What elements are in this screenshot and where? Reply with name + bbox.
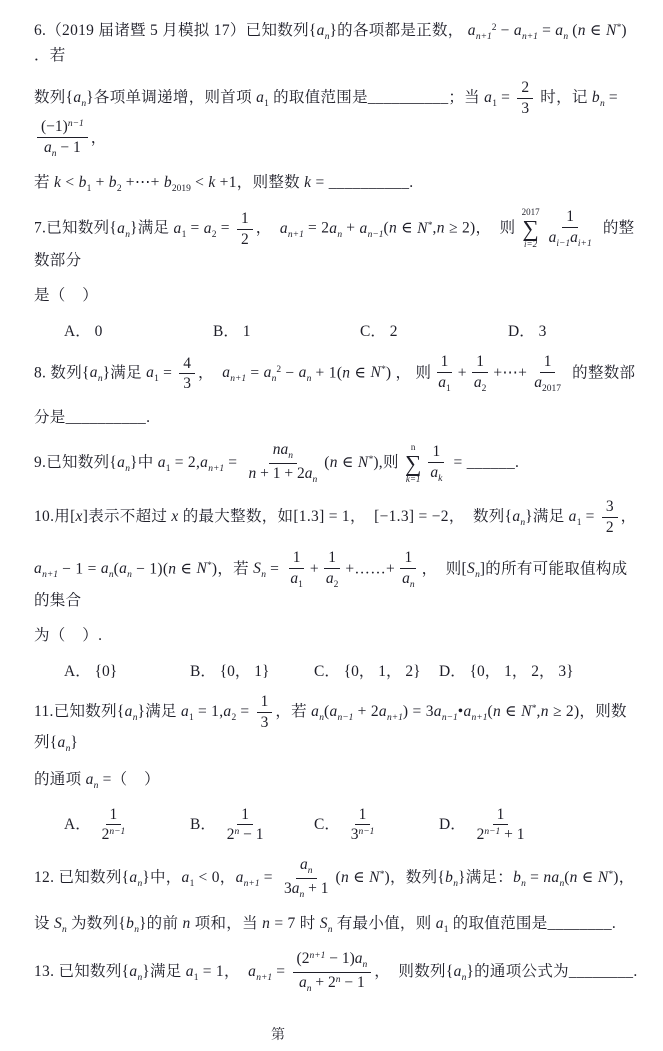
text-run: =: [260, 869, 277, 886]
text-run: ∈: [397, 220, 417, 237]
text-run: 时，记: [536, 89, 592, 106]
text-run: − 1: [239, 826, 263, 843]
text-run: 1: [243, 323, 251, 340]
math-var: an: [44, 139, 57, 156]
text-run: 的通项: [34, 771, 86, 788]
text-run: 12. 已知数列{: [34, 869, 129, 886]
math-var: an: [117, 454, 130, 471]
math-power: 2n: [227, 826, 240, 843]
text-run: =: [311, 174, 328, 191]
math-var: an: [311, 703, 324, 720]
math-var: n: [341, 869, 349, 886]
math-var: an: [555, 22, 568, 39]
math-var: n: [493, 703, 501, 720]
text-run: − 1: [57, 139, 81, 156]
option-label: A．: [64, 323, 95, 340]
text-run: 8. 数列{: [34, 364, 90, 381]
math-var: an+1: [222, 364, 246, 381]
option-A: A． {0}: [64, 659, 190, 681]
text-run: = 2: [304, 220, 329, 237]
text-run: }的各项都是正数，: [329, 22, 467, 39]
text-run: 1: [328, 549, 336, 566]
option-label: C．: [314, 815, 344, 832]
option-label: D．: [508, 323, 539, 340]
math-power: 2n: [328, 974, 341, 991]
text-run: }满足: [142, 963, 186, 980]
math-var: a1: [174, 220, 187, 237]
problem-6: 6.（2019 届诸暨 5 月模拟 17）已知数列{an}的各项都是正数， an…: [34, 20, 639, 196]
math-var: n: [389, 220, 397, 237]
answer-blank: __________: [66, 409, 147, 426]
text-run: }的通项公式为: [466, 963, 569, 980]
math-var: an: [73, 89, 86, 106]
math-var: an: [454, 963, 467, 980]
math-fraction: (−1)n−1an − 1: [37, 118, 88, 160]
options-row: A． {0}B． {0， 1}C． {0， 1， 2}D． {0， 1， 2， …: [34, 659, 639, 681]
math-var: a2: [223, 703, 236, 720]
text-run: 的取值范围是: [449, 915, 548, 932]
text-run: 1: [432, 443, 440, 460]
option-A: A． 0: [64, 319, 213, 341]
text-run: 1: [110, 806, 118, 823]
math-var: Sn: [54, 915, 67, 932]
text-run: }中，: [142, 869, 181, 886]
math-fraction: 1a1: [434, 353, 455, 395]
text-run: +: [312, 974, 329, 991]
text-run: ) ， 则: [386, 364, 431, 381]
problem-line: 是（ ）: [34, 285, 639, 307]
text-run: < 0，: [194, 869, 235, 886]
text-run: 有最小值，则: [333, 915, 436, 932]
math-power: N*: [196, 560, 211, 577]
text-run: }满足：: [458, 869, 513, 886]
text-run: <: [191, 174, 208, 191]
option-B: B． 12n − 1: [190, 806, 314, 845]
text-run: +……+: [345, 560, 395, 577]
math-var: an: [117, 220, 130, 237]
math-var: n: [570, 869, 578, 886]
math-fraction: 12n−1: [98, 806, 130, 845]
math-var: an: [300, 856, 313, 873]
text-run: )，: [613, 869, 634, 886]
text-run: = 1,: [194, 703, 224, 720]
math-var: b2: [109, 174, 122, 191]
text-run: 1: [241, 806, 249, 823]
text-run: 3: [284, 880, 292, 897]
math-fraction: 1a2: [470, 353, 491, 395]
text-run: + 1: [500, 826, 524, 843]
text-run: =: [236, 703, 253, 720]
text-run: =: [272, 963, 289, 980]
text-run: +1，则整数: [216, 174, 305, 191]
text-run: + 1 + 2: [256, 465, 304, 482]
math-var: an: [305, 465, 318, 482]
text-run: + 2: [353, 703, 378, 720]
page-footer: 第: [271, 1024, 285, 1044]
problem-10: 10.用[x]表示不超过 x 的最大整数，如[1.3] = 1， [−1.3] …: [34, 498, 639, 681]
math-var: n: [578, 22, 586, 39]
text-run: 1: [497, 806, 505, 823]
math-var: an+12: [468, 22, 497, 39]
text-run: ∈: [501, 703, 521, 720]
answer-blank: __________: [368, 89, 449, 106]
option-C: C． {0， 1， 2}: [314, 659, 439, 681]
text-run: 1: [261, 693, 269, 710]
text-run: −: [497, 22, 514, 39]
text-run: 10.用[: [34, 508, 76, 525]
option-label: A．: [64, 663, 95, 680]
problem-7: 7.已知数列{an}满足 a1 = a2 = 12， an+1 = 2an + …: [34, 208, 639, 341]
math-var: n: [182, 915, 190, 932]
text-run: = 7 时: [270, 915, 320, 932]
text-run: {0， 1， 2}: [344, 663, 421, 680]
text-run: 1: [566, 208, 574, 225]
problem-line: 数列{an}各项单调递增，则首项 a1 的取值范围是__________；当 a…: [34, 79, 639, 159]
math-power: N*: [606, 22, 621, 39]
math-var: bn: [592, 89, 605, 106]
math-fraction: 23: [517, 79, 533, 118]
problem-12: 12. 已知数列{an}中，a1 < 0，an+1 = an3an + 1(n …: [34, 856, 639, 938]
option-label: C．: [360, 323, 390, 340]
math-var: a1: [186, 963, 199, 980]
option-label: B．: [213, 323, 243, 340]
math-var: an: [299, 974, 312, 991]
math-fraction: 12n − 1: [223, 806, 268, 845]
text-run: 6.（2019 届诸暨 5 月模拟 17）已知数列{: [34, 22, 317, 39]
math-var: an: [329, 220, 342, 237]
text-run: ∈: [349, 869, 369, 886]
text-run: ；当: [448, 89, 484, 106]
problem-13: 13. 已知数列{an}满足 a1 = 1， an+1 = (2n+1 − 1)…: [34, 950, 639, 995]
text-run: 分是: [34, 409, 66, 426]
text-run: ) = 3: [403, 703, 434, 720]
math-var: n: [541, 703, 549, 720]
math-var: an+1: [200, 454, 224, 471]
text-run: + 1: [304, 880, 328, 897]
option-label: B．: [190, 663, 220, 680]
text-run: ，若: [275, 703, 311, 720]
math-power: 3n−1: [351, 826, 375, 843]
math-var: a1: [256, 89, 269, 106]
math-var: Sn: [253, 560, 266, 577]
text-run: =: [266, 560, 283, 577]
text-run: )，数列{: [385, 869, 446, 886]
text-run: 项和，当: [191, 915, 263, 932]
math-var: a2: [326, 570, 339, 587]
text-run: 2: [390, 323, 398, 340]
math-var: an+1: [280, 220, 304, 237]
text-run: ∈: [176, 560, 196, 577]
text-run: }的前: [139, 915, 183, 932]
math-var: an−1: [360, 220, 384, 237]
math-var: an−1: [329, 703, 353, 720]
text-run: 1: [476, 353, 484, 370]
math-power: (−1)n−1: [41, 118, 84, 135]
text-run: ),则: [373, 454, 403, 471]
text-run: .: [633, 963, 637, 980]
text-run: − 1): [325, 950, 354, 967]
text-run: }满足: [130, 220, 174, 237]
text-run: = 1，: [199, 963, 249, 980]
text-run: 的最大整数，如[1.3] = 1， [−1.3] = −2， 数列{: [179, 508, 513, 525]
text-run: 若: [34, 174, 54, 191]
text-run: ，: [621, 508, 637, 525]
text-run: <: [61, 174, 78, 191]
text-run: }满足: [137, 703, 181, 720]
text-run: 1: [359, 806, 367, 823]
text-run: .: [612, 915, 616, 932]
math-power: N*: [598, 869, 613, 886]
worksheet-page: 6.（2019 届诸暨 5 月模拟 17）已知数列{an}的各项都是正数， an…: [0, 0, 663, 995]
text-run: ，: [198, 364, 222, 381]
math-var: n: [262, 915, 270, 932]
text-run: − 1)(: [132, 560, 168, 577]
text-run: =: [581, 508, 598, 525]
text-run: .: [515, 454, 519, 471]
text-run: +⋯+: [493, 364, 527, 381]
math-var: an: [125, 703, 138, 720]
problem-line: 10.用[x]表示不超过 x 的最大整数，如[1.3] = 1， [−1.3] …: [34, 498, 639, 537]
math-fraction: 1a1: [286, 549, 307, 591]
math-var: n: [330, 454, 338, 471]
math-fraction: (2n+1 − 1)anan + 2n − 1: [293, 950, 372, 995]
option-label: A．: [64, 815, 95, 832]
option-C: C． 13n−1: [314, 806, 439, 845]
text-run: ∈: [586, 22, 606, 39]
answer-blank: __________: [329, 174, 410, 191]
math-summation: n∑k=1: [405, 443, 421, 485]
math-fraction: an3an + 1: [280, 856, 333, 901]
text-run: 的整数部: [568, 364, 635, 381]
text-run: 13. 已知数列{: [34, 963, 129, 980]
math-var: an: [58, 734, 71, 751]
math-fraction: 43: [179, 355, 195, 394]
text-run: 0: [95, 323, 103, 340]
math-var: a1: [146, 364, 159, 381]
math-var: a1: [438, 374, 451, 391]
math-power: 2n−1: [477, 826, 501, 843]
text-run: =（ ）: [98, 771, 160, 788]
text-run: 为（ ）.: [34, 627, 102, 644]
math-var: Sn: [320, 915, 333, 932]
problem-line: 12. 已知数列{an}中，a1 < 0，an+1 = an3an + 1(n …: [34, 856, 639, 901]
math-summation: 2017∑i=2: [522, 208, 540, 250]
text-run: }满足: [103, 364, 147, 381]
option-label: C．: [314, 663, 344, 680]
math-power: N*: [370, 364, 385, 381]
text-run: =: [224, 454, 241, 471]
math-var: an2: [264, 364, 282, 381]
text-run: −: [281, 364, 298, 381]
text-run: ∈: [338, 454, 358, 471]
text-run: 数列{: [34, 89, 73, 106]
text-run: ≥ 2)， 则: [445, 220, 520, 237]
math-var: x: [76, 508, 83, 525]
math-fraction: 12: [237, 210, 253, 249]
option-label: D．: [439, 815, 470, 832]
problem-11: 11.已知数列{an}满足 a1 = 1,a2 = 13，若 an(an−1 +…: [34, 693, 639, 844]
options-row: A． 0B． 1C． 2D． 3: [34, 319, 639, 341]
answer-blank: ________: [548, 915, 612, 932]
math-fraction: 1a2: [322, 549, 343, 591]
math-var: an+1: [236, 869, 260, 886]
math-var: an: [129, 963, 142, 980]
math-var: an: [292, 880, 305, 897]
math-var: an+1: [248, 963, 272, 980]
problem-list: 6.（2019 届诸暨 5 月模拟 17）已知数列{an}的各项都是正数， an…: [34, 20, 639, 995]
text-run: 3: [606, 498, 614, 515]
option-label: B．: [190, 815, 220, 832]
math-fraction: 13: [257, 693, 273, 732]
answer-blank: ________: [569, 963, 633, 980]
text-run: 7.已知数列{: [34, 220, 117, 237]
text-run: 3: [521, 100, 529, 117]
text-run: 1: [544, 353, 552, 370]
text-run: 4: [183, 355, 191, 372]
problem-line: 11.已知数列{an}满足 a1 = 1,a2 = 13，若 an(an−1 +…: [34, 693, 639, 756]
math-var: an: [317, 22, 330, 39]
math-power: 2n−1: [102, 826, 126, 843]
math-var: an+1: [463, 703, 487, 720]
math-var: bn: [445, 869, 458, 886]
problem-line: 的通项 an =（ ）: [34, 769, 639, 794]
option-label: D．: [439, 663, 470, 680]
text-run: +: [310, 560, 319, 577]
math-fraction: 1a2017: [530, 353, 565, 395]
text-run: (: [568, 22, 578, 39]
text-run: {0， 1}: [220, 663, 270, 680]
text-run: ∈: [350, 364, 370, 381]
answer-blank: ______: [467, 454, 515, 471]
math-var: an+1: [379, 703, 403, 720]
text-run: 3: [539, 323, 547, 340]
problem-line: 若 k < b1 + b2 +⋯+ b2019 < k +1，则整数 k = _…: [34, 172, 639, 197]
math-var: a1: [484, 89, 497, 106]
text-run: }: [70, 734, 78, 751]
text-run: ，: [256, 220, 280, 237]
math-fraction: 1ak: [426, 443, 446, 485]
text-run: 11.已知数列{: [34, 703, 125, 720]
text-run: =: [246, 364, 263, 381]
problem-8: 8. 数列{an}满足 a1 = 43， an+1 = an2 − an + 1…: [34, 353, 639, 429]
math-var: b1: [79, 174, 92, 191]
math-var: a2: [204, 220, 217, 237]
option-D: D． 12n−1 + 1: [439, 806, 639, 845]
text-run: ]表示不超过: [83, 508, 172, 525]
text-run: ，: [91, 129, 107, 146]
math-var: a1: [436, 915, 449, 932]
sigma-icon: ∑: [405, 453, 421, 475]
text-run: − 1 =: [58, 560, 101, 577]
math-var: a1: [182, 869, 195, 886]
text-run: 为数列{: [67, 915, 126, 932]
text-run: 9.已知数列{: [34, 454, 117, 471]
math-var: an: [402, 570, 415, 587]
math-var: k: [208, 174, 215, 191]
text-run: 设: [34, 915, 54, 932]
math-var: an: [355, 950, 368, 967]
text-run: .: [146, 409, 150, 426]
sigma-icon: ∑: [522, 218, 538, 240]
text-run: 1: [293, 549, 301, 566]
text-run: 1: [241, 210, 249, 227]
math-var: an: [129, 869, 142, 886]
text-run: =: [217, 220, 234, 237]
math-var: an+1: [514, 22, 538, 39]
math-var: a1: [290, 570, 303, 587]
math-var: n: [273, 441, 281, 458]
math-fraction: 12n−1 + 1: [473, 806, 529, 845]
math-fraction: 32: [602, 498, 618, 537]
text-run: 是（ ）: [34, 287, 98, 304]
math-fraction: 1ai−1ai+1: [545, 208, 596, 250]
math-power: 2n+1: [302, 950, 326, 967]
problem-9: 9.已知数列{an}中 a1 = 2,an+1 = nann + 1 + 2an…: [34, 441, 639, 486]
math-var: an: [281, 441, 294, 458]
text-run: 1: [404, 549, 412, 566]
text-run: 2: [606, 519, 614, 536]
math-var: an: [90, 364, 103, 381]
math-power: N*: [521, 703, 536, 720]
math-var: a1: [158, 454, 171, 471]
problem-line: 13. 已知数列{an}满足 a1 = 1， an+1 = (2n+1 − 1)…: [34, 950, 639, 995]
math-var: ai+1: [570, 229, 592, 246]
text-run: ， 则[: [422, 560, 467, 577]
math-power: N*: [358, 454, 373, 471]
problem-line: 设 Sn 为数列{bn}的前 n 项和，当 n = 7 时 Sn 有最小值，则 …: [34, 913, 639, 938]
math-power: N*: [369, 869, 384, 886]
text-run: 1: [441, 353, 449, 370]
math-var: an+1: [34, 560, 58, 577]
option-B: B． 1: [213, 319, 360, 341]
text-run: +: [342, 220, 359, 237]
math-var: an: [119, 560, 132, 577]
text-run: +⋯+: [122, 174, 164, 191]
math-var: a2: [474, 374, 487, 391]
text-run: 2: [521, 79, 529, 96]
math-fraction: nann + 1 + 2an: [245, 441, 322, 486]
math-var: an−1: [434, 703, 458, 720]
text-run: =: [526, 869, 543, 886]
text-run: =: [538, 22, 555, 39]
math-var: bn: [513, 869, 526, 886]
option-A: A． 12n−1: [64, 806, 190, 845]
math-var: an: [101, 560, 114, 577]
text-run: = 2,: [171, 454, 201, 471]
text-run: 2: [241, 231, 249, 248]
text-run: 的取值范围是: [269, 89, 368, 106]
text-run: =: [605, 89, 622, 106]
options-row: A． 12n−1B． 12n − 1C． 13n−1D． 12n−1 + 1: [34, 806, 639, 845]
math-fraction: 13n−1: [347, 806, 379, 845]
math-var: an: [299, 364, 312, 381]
math-var: a2017: [534, 374, 561, 391]
text-run: ∈: [578, 869, 598, 886]
problem-line: 6.（2019 届诸暨 5 月模拟 17）已知数列{an}的各项都是正数， an…: [34, 20, 639, 67]
text-run: =: [186, 220, 203, 237]
math-var: a1: [569, 508, 582, 525]
text-run: 3: [183, 375, 191, 392]
math-fraction: 1an: [398, 549, 419, 591]
problem-line: 7.已知数列{an}满足 a1 = a2 = 12， an+1 = 2an + …: [34, 208, 639, 272]
problem-line: 为（ ）.: [34, 625, 639, 647]
text-run: }各项单调递增，则首项: [86, 89, 256, 106]
math-var: an: [512, 508, 525, 525]
math-var: an: [551, 869, 564, 886]
math-var: ak: [430, 464, 442, 481]
text-run: ， 则数列{: [374, 963, 453, 980]
math-var: bn: [126, 915, 139, 932]
